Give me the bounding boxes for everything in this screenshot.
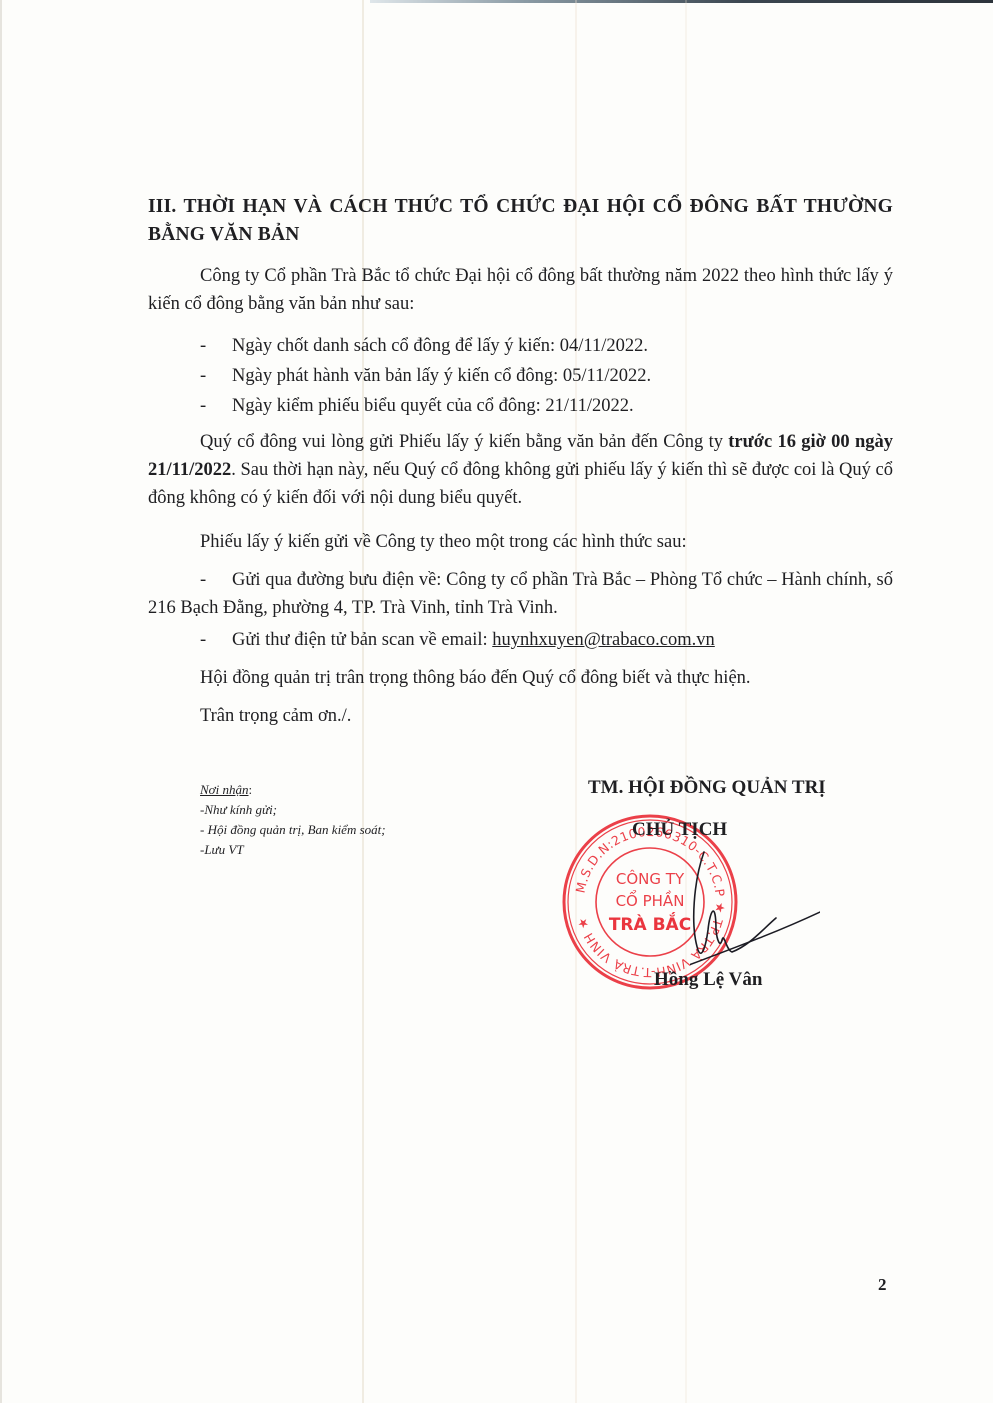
deadline-text: Quý cổ đông vui lòng gửi Phiếu lấy ý kiế… — [200, 432, 728, 452]
recipients-colon: : — [248, 782, 252, 797]
method-post-text: Gửi qua đường bưu điện về: Công ty cổ ph… — [148, 570, 893, 618]
notice-paragraph: Hội đồng quản trị trân trọng thông báo đ… — [148, 664, 893, 692]
date-item: -Ngày phát hành văn bản lấy ý kiến cổ đô… — [200, 362, 651, 390]
recipient-item: -Lưu VT — [200, 840, 386, 860]
date-item-text: Ngày chốt danh sách cổ đông để lấy ý kiế… — [232, 336, 648, 356]
page-number: 2 — [878, 1275, 887, 1295]
recipients-heading: Nơi nhận: — [200, 780, 386, 800]
date-item: -Ngày kiểm phiếu biểu quyết của cổ đông:… — [200, 392, 634, 420]
scan-edge-strip — [370, 0, 993, 3]
bullet-dash: - — [200, 626, 232, 654]
recipients-block: Nơi nhận: -Như kính gửi; - Hội đồng quản… — [200, 780, 386, 860]
handwritten-signature-icon — [690, 840, 820, 990]
bullet-dash: - — [200, 392, 232, 420]
section-heading: III. THỜI HẠN VÀ CÁCH THỨC TỔ CHỨC ĐẠI H… — [148, 193, 893, 249]
seal-line-3: TRÀ BẮC — [609, 911, 691, 935]
intro-paragraph: Công ty Cổ phần Trà Bắc tổ chức Đại hội … — [148, 262, 893, 318]
date-item-text: Ngày kiểm phiếu biểu quyết của cổ đông: … — [232, 396, 634, 416]
date-item-text: Ngày phát hành văn bản lấy ý kiến cổ đôn… — [232, 366, 651, 386]
scan-left-edge — [0, 0, 2, 1403]
method-post: -Gửi qua đường bưu điện về: Công ty cổ p… — [148, 566, 893, 622]
method-email-text: Gửi thư điện tử bản scan về email: — [232, 630, 492, 650]
bullet-dash: - — [200, 332, 232, 360]
email-link[interactable]: huynhxuyen@trabaco.com.vn — [492, 630, 715, 650]
method-email: -Gửi thư điện tử bản scan về email: huyn… — [148, 626, 893, 654]
deadline-text-after: . Sau thời hạn này, nếu Quý cổ đông khôn… — [148, 460, 893, 508]
date-item: -Ngày chốt danh sách cổ đông để lấy ý ki… — [200, 332, 648, 360]
seal-line-1: CÔNG TY — [616, 869, 685, 888]
recipients-title: Nơi nhận — [200, 782, 248, 797]
signature-on-behalf: TM. HỘI ĐỒNG QUẢN TRỊ — [588, 777, 826, 799]
methods-intro: Phiếu lấy ý kiến gửi về Công ty theo một… — [148, 528, 893, 556]
recipient-item: - Hội đồng quản trị, Ban kiểm soát; — [200, 820, 386, 840]
deadline-paragraph: Quý cổ đông vui lòng gửi Phiếu lấy ý kiế… — [148, 428, 893, 512]
bullet-dash: - — [200, 362, 232, 390]
seal-line-2: CỔ PHẦN — [616, 889, 685, 910]
signature-role: CHỦ TỊCH — [632, 819, 727, 841]
bullet-dash: - — [200, 566, 232, 594]
thanks-paragraph: Trân trọng cảm ơn./. — [148, 702, 893, 730]
recipient-item: -Như kính gửi; — [200, 800, 386, 820]
